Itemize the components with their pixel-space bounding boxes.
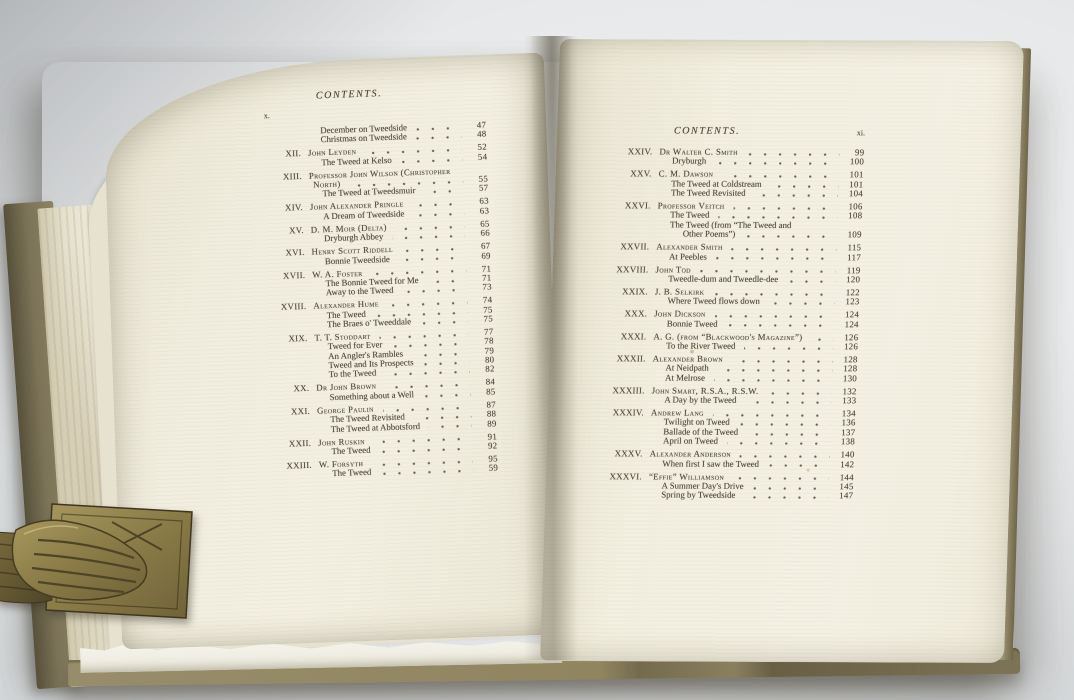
dot-leader	[423, 393, 471, 398]
toc-title-row: Spring by Tweedside147	[595, 490, 853, 500]
photo-of-open-book: CONTENTS. x. December on Tweedside47Chri…	[0, 0, 1074, 700]
toc-title-row: Tweedle-dum and Tweedle-dee120	[602, 274, 860, 284]
toc-title-row: When first I saw the Tweed142	[596, 459, 854, 469]
toc-page-number: 138	[835, 437, 855, 446]
toc-text: Dryburgh	[659, 157, 706, 167]
toc-roman-numeral	[261, 328, 314, 330]
toc-roman-numeral: XXI.	[264, 406, 317, 417]
toc-title-row: At Peebles117	[603, 252, 861, 262]
toc-page-number: 63	[469, 206, 489, 216]
left-page-header: CONTENTS.	[233, 85, 465, 104]
right-page-folio: xi.	[607, 127, 865, 137]
toc-text: The Braes o' Tweeddale	[314, 317, 411, 330]
dot-leader	[380, 469, 473, 475]
toc-text: Christmas on Tweedside	[307, 133, 406, 146]
toc-title-row: To the River Tweed126	[600, 341, 858, 351]
toc-page-number: 89	[476, 419, 496, 429]
toc-author-row: XXVII.Alexander Smith115	[603, 242, 861, 252]
toc-roman-numeral	[265, 432, 318, 434]
toc-text: To the River Tweed	[653, 341, 736, 351]
dot-leader	[739, 423, 831, 426]
toc-text: The Tweed	[318, 446, 370, 457]
dot-leader	[385, 370, 470, 376]
toc-page-number: 66	[470, 229, 490, 239]
dot-leader	[413, 212, 464, 217]
toc-text: A Day by the Tweed	[651, 396, 736, 406]
toc-roman-numeral: XX.	[263, 384, 316, 395]
dot-leader	[747, 153, 840, 156]
right-page: CONTENTS. xi. XXIV.Dr Walter C. Smith99D…	[540, 39, 1024, 663]
toc-roman-numeral: XVIII.	[260, 302, 313, 313]
toc-roman-numeral	[260, 287, 313, 289]
toc-text: Something about a Well	[316, 390, 414, 403]
toc-page-number: 104	[843, 189, 863, 198]
toc-roman-numeral	[254, 134, 307, 136]
toc-roman-numeral: XXVI.	[605, 201, 658, 211]
dot-leader	[744, 235, 837, 238]
toc-page-number: 100	[844, 158, 864, 167]
toc-roman-numeral: XIX.	[261, 334, 314, 345]
toc-page-number: 92	[477, 441, 497, 451]
dot-leader	[424, 190, 463, 194]
toc-roman-numeral: XXIII.	[266, 460, 319, 471]
toc-page-number: 123	[839, 297, 859, 306]
toc-page-number: 117	[841, 253, 861, 262]
dot-leader	[713, 414, 831, 418]
toc-text: When first I saw the Tweed	[649, 459, 759, 469]
toc-roman-numeral	[262, 359, 315, 361]
dot-leader	[727, 324, 834, 327]
toc-title-row: April on Tweed138	[597, 436, 855, 446]
toc-page-number: 108	[842, 212, 862, 221]
toc-page-number: 54	[467, 152, 487, 162]
dot-leader	[732, 248, 837, 251]
toc-text: Bonnie Tweed	[654, 319, 718, 329]
toc-roman-numeral: XXXI.	[600, 332, 653, 342]
toc-title-row: Bonnie Tweed124	[601, 319, 859, 329]
toc-text: At Peebles	[656, 252, 707, 262]
toc-page-number: 85	[475, 387, 495, 397]
toc-roman-numeral	[264, 400, 317, 402]
dot-leader	[401, 158, 463, 163]
toc-text: Away to the Tweed	[313, 286, 394, 298]
toc-text: Tweedle-dum and Tweedle-dee	[655, 274, 778, 284]
toc-page-number: 126	[838, 342, 858, 351]
toc-roman-numeral: XV.	[258, 226, 311, 237]
toc-page-number: 124	[839, 320, 859, 329]
dot-leader	[716, 257, 836, 261]
brass-hand-clip	[0, 488, 206, 636]
toc-title-row: Other Poems”)109	[604, 229, 862, 239]
dot-leader	[402, 288, 467, 293]
toc-roman-numeral	[265, 423, 318, 425]
toc-roman-numeral	[256, 165, 309, 167]
toc-title-row: Dryburgh100	[606, 157, 864, 167]
toc-author-row: XXIV.Dr Walter C. Smith99	[606, 147, 864, 157]
dot-leader	[380, 447, 473, 453]
toc-text: To the Tweed	[316, 369, 377, 380]
toc-page-number: 147	[833, 491, 853, 500]
toc-text: Spring by Tweedside	[648, 491, 735, 501]
dot-leader	[727, 442, 830, 445]
toc-roman-numeral	[255, 143, 308, 145]
toc-roman-numeral: XXXII.	[600, 354, 653, 364]
toc-roman-numeral: XXVII.	[603, 242, 656, 252]
dot-leader	[399, 257, 466, 262]
toc-author-row: XXVI.Professor Veitch106	[605, 201, 863, 211]
toc-roman-numeral: XXX.	[601, 309, 654, 319]
toc-roman-numeral: XXXIII.	[599, 386, 652, 396]
toc-roman-numeral: XIII.	[256, 171, 309, 182]
dot-leader	[769, 302, 835, 305]
dot-leader	[420, 320, 468, 325]
dot-leader	[744, 347, 833, 350]
toc-page-number: 57	[468, 184, 488, 194]
right-toc: XXIV.Dr Walter C. Smith99Dryburgh100XXV.…	[595, 147, 864, 501]
left-toc: December on Tweedside47Christmas on Twee…	[254, 121, 498, 481]
toc-text: At Melrose	[652, 373, 705, 383]
dot-leader	[752, 487, 828, 490]
dot-leader	[714, 378, 832, 382]
toc-roman-numeral: XVI.	[258, 248, 311, 259]
dot-leader	[392, 234, 465, 240]
dot-leader	[715, 315, 835, 319]
toc-roman-numeral: XXXIV.	[598, 408, 651, 418]
dot-leader	[744, 496, 828, 499]
left-page-folio: x.	[264, 111, 270, 120]
toc-roman-numeral	[257, 220, 310, 222]
dot-leader	[740, 455, 830, 458]
toc-roman-numeral	[260, 296, 313, 298]
dot-leader	[718, 369, 833, 373]
toc-roman-numeral	[266, 477, 319, 479]
toc-roman-numeral	[263, 378, 316, 380]
toc-title-row: The Tweed Revisited104	[605, 188, 863, 198]
dot-leader	[429, 425, 472, 429]
dot-leader	[416, 136, 462, 141]
toc-text: Where Tweed flows down	[654, 297, 760, 307]
dot-leader	[787, 280, 835, 283]
toc-text: The Tweed at Abbotsford	[318, 422, 421, 435]
toc-roman-numeral: XIV.	[257, 203, 310, 214]
toc-roman-numeral: XXVIII.	[602, 265, 655, 275]
toc-page-number: 69	[471, 251, 491, 261]
toc-text: The Tweed Revisited	[658, 189, 746, 199]
toc-roman-numeral: XXIV.	[606, 147, 659, 157]
dot-leader	[754, 194, 838, 197]
dot-leader	[733, 477, 829, 480]
toc-text: Bonnie Tweedside	[312, 255, 390, 267]
toc-page-number: 82	[475, 365, 495, 375]
dot-leader	[715, 162, 839, 166]
toc-roman-numeral	[261, 318, 314, 320]
toc-page-number: 48	[466, 130, 486, 140]
dot-leader	[732, 360, 833, 363]
dot-leader	[745, 401, 831, 404]
toc-text: Other Poems”)	[657, 230, 736, 240]
toc-roman-numeral: XXXV.	[597, 449, 650, 459]
toc-title-row: Where Tweed flows down123	[601, 296, 859, 306]
toc-title-row: A Day by the Tweed133	[598, 395, 856, 405]
toc-roman-numeral: XII.	[255, 149, 308, 160]
toc-page-number: 120	[840, 275, 860, 284]
toc-roman-numeral	[263, 369, 316, 371]
toc-roman-numeral	[259, 264, 312, 266]
toc-text: The Tweed	[319, 468, 371, 479]
toc-text: Dryburgh Abbey	[311, 232, 384, 244]
toc-author-row: XXXII.Alexander Brown128	[600, 354, 858, 364]
toc-text: The Tweed at Tweedsmuir	[309, 186, 415, 199]
toc-roman-numeral: XVII.	[259, 270, 312, 281]
toc-roman-numeral: XXV.	[606, 170, 659, 180]
toc-roman-numeral	[258, 242, 311, 244]
toc-page-number: 133	[836, 396, 856, 405]
toc-roman-numeral: XXII.	[265, 438, 318, 449]
toc-title-row: At Melrose130	[599, 373, 857, 383]
toc-roman-numeral	[257, 197, 310, 199]
dot-leader	[733, 207, 837, 210]
toc-page-number: 142	[834, 460, 854, 469]
dot-leader	[768, 392, 832, 395]
toc-page-number: 73	[472, 283, 492, 293]
toc-page-number: 130	[837, 374, 857, 383]
toc-roman-numeral: XXXVI.	[596, 472, 649, 482]
toc-roman-numeral	[266, 454, 319, 456]
dot-leader	[811, 338, 833, 341]
toc-text: The Tweed at Kelso	[308, 156, 392, 168]
dot-leader	[768, 464, 829, 467]
toc-roman-numeral	[262, 350, 315, 352]
toc-page-number: 75	[473, 314, 493, 324]
toc-roman-numeral	[256, 188, 309, 190]
toc-text: April on Tweed	[650, 437, 718, 447]
dot-leader	[747, 433, 830, 436]
toc-author-row: XXX.John Dickson124	[601, 309, 859, 319]
toc-page-number: 59	[478, 464, 498, 474]
toc-page-number: 109	[842, 230, 862, 239]
toc-text: A Dream of Tweedside	[310, 209, 404, 222]
dot-leader	[771, 184, 839, 187]
toc-roman-numeral: XXIX.	[602, 287, 655, 297]
